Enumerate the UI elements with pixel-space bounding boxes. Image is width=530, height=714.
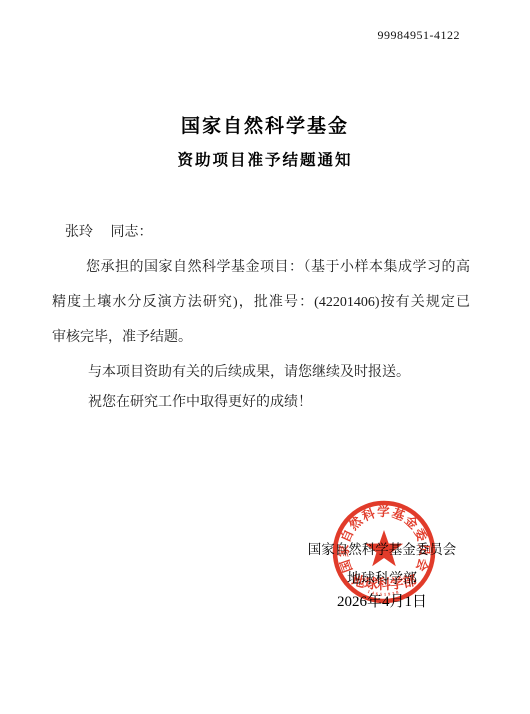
- signature-organization: 国家自然科学基金委员会: [282, 538, 482, 558]
- body-paragraph2: 与本项目资助有关的后续成果，请您继续及时报送。: [52, 364, 470, 381]
- body-paragraph1-line3: 审核完毕，准予结题。: [52, 329, 470, 346]
- body-paragraph1-line1: 您承担的国家自然科学基金项目：（基于小样本集成学习的高: [52, 259, 470, 276]
- doc-number: 99984951-4122: [378, 28, 461, 43]
- page-subtitle: 资助项目准予结题通知: [0, 148, 530, 170]
- signature-date: 2026年4月1日: [282, 590, 482, 611]
- signature-department: 地球科学部: [282, 568, 482, 588]
- body-paragraph1-line2: 精度土壤水分反演方法研究)，批准号：(42201406)按有关规定已: [52, 294, 470, 311]
- page-title: 国家自然科学基金: [0, 111, 530, 138]
- body-paragraph3: 祝您在研究工作中取得更好的成绩！: [52, 394, 470, 411]
- document-page: 99984951-4122 国家自然科学基金 资助项目准予结题通知 张玲 同志：…: [0, 0, 530, 714]
- salutation: 张玲 同志：: [65, 224, 483, 241]
